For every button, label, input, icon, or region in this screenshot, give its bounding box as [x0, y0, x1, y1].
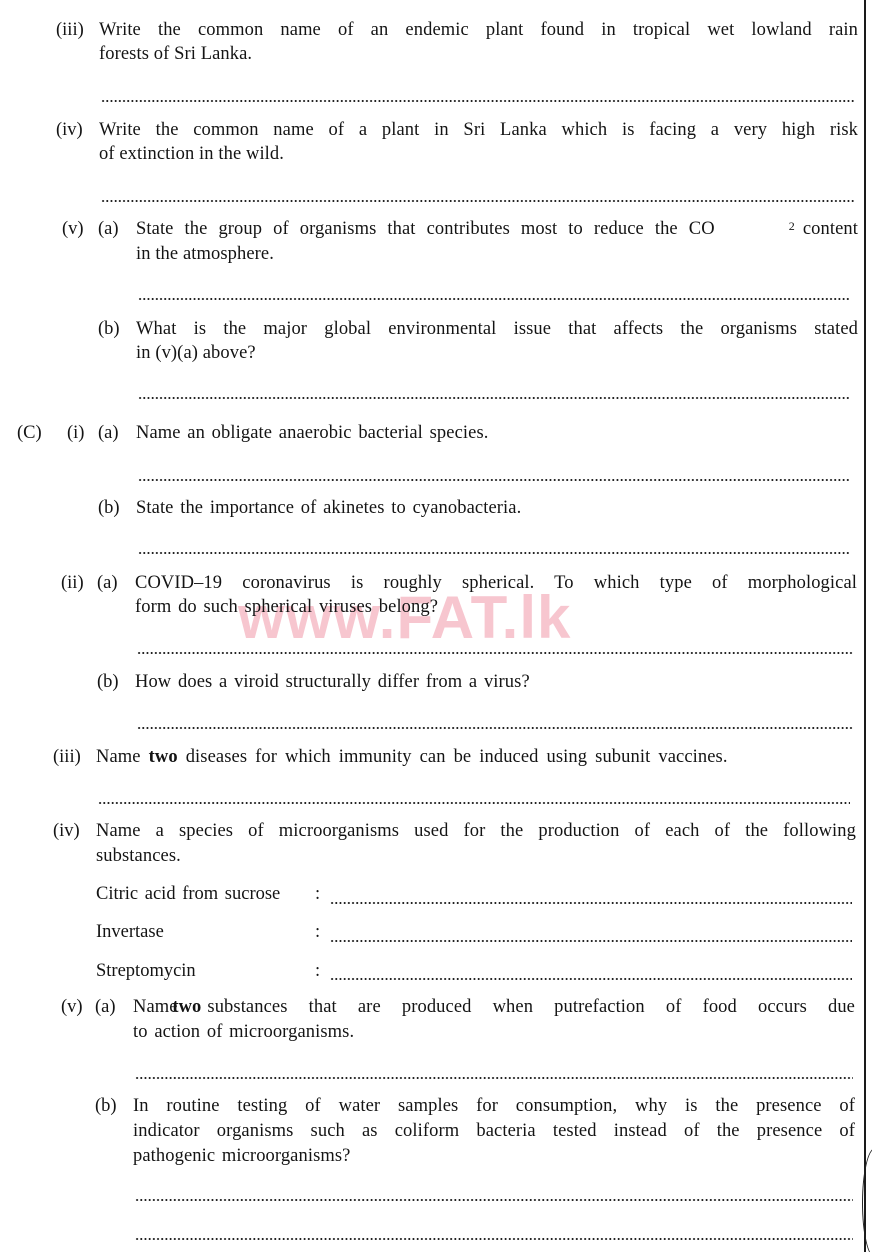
- question-sublabel: (a): [95, 997, 116, 1018]
- colon: :: [315, 961, 320, 982]
- question-sublabel: (b): [98, 319, 120, 340]
- answer-line[interactable]: [137, 652, 853, 654]
- question-sublabel: (a): [97, 573, 118, 594]
- question-label: (ii): [61, 573, 84, 594]
- question-label: (iv): [56, 120, 83, 141]
- answer-line[interactable]: [138, 397, 850, 399]
- question-sublabel: (b): [95, 1096, 117, 1117]
- answer-line[interactable]: [101, 100, 854, 102]
- exam-page: www.FAT.lk (iii) Write the common name o…: [0, 0, 872, 1252]
- colon: :: [315, 884, 320, 905]
- answer-line[interactable]: [330, 978, 852, 980]
- question-label: (i): [67, 423, 84, 444]
- answer-line[interactable]: [138, 479, 850, 481]
- answer-line[interactable]: [135, 1077, 853, 1079]
- answer-line[interactable]: [138, 298, 850, 300]
- question-text-line: substances.: [96, 846, 181, 867]
- question-text-line: Name two diseases for which immunity can…: [96, 747, 728, 768]
- question-text-line: Write the common name of a plant in Sri …: [99, 120, 858, 141]
- question-text-line: pathogenic microorganisms?: [133, 1146, 350, 1167]
- question-text-line: Write the common name of an endemic plan…: [99, 20, 858, 41]
- section-label: (C): [17, 423, 42, 444]
- question-text-line: Name two substances that are produced wh…: [133, 997, 855, 1018]
- question-text-line: forests of Sri Lanka.: [99, 44, 252, 65]
- question-text: substances that are produced when putref…: [201, 997, 855, 1018]
- question-text: State the group of organisms that contri…: [136, 219, 715, 240]
- question-label: (iv): [53, 821, 80, 842]
- question-label: (v): [62, 219, 84, 240]
- emphasis-two: two: [172, 997, 201, 1018]
- question-text-line: COVID–19 coronavirus is roughly spherica…: [135, 573, 857, 594]
- substance-name: Invertase: [96, 922, 164, 943]
- subscript-2: 2: [789, 219, 795, 240]
- question-sublabel: (a): [98, 423, 119, 444]
- question-text-line: Name an obligate anaerobic bacterial spe…: [136, 423, 488, 444]
- question-text-line: form do such spherical viruses belong?: [135, 597, 438, 618]
- answer-line[interactable]: [135, 1199, 853, 1201]
- question-sublabel: (b): [98, 498, 120, 519]
- question-label: (v): [61, 997, 83, 1018]
- question-text: diseases for which immunity can be induc…: [178, 747, 728, 767]
- colon: :: [315, 922, 320, 943]
- question-text-line: How does a viroid structurally differ fr…: [135, 672, 530, 693]
- question-text-line: Name a species of microorganisms used fo…: [96, 821, 856, 842]
- answer-line[interactable]: [330, 902, 852, 904]
- question-text-line: in the atmosphere.: [136, 244, 274, 265]
- question-text-line: State the group of organisms that contri…: [136, 219, 858, 240]
- answer-line[interactable]: [98, 802, 850, 804]
- answer-line[interactable]: [101, 200, 854, 202]
- question-text-line: What is the major global environmental i…: [136, 319, 858, 340]
- answer-line[interactable]: [137, 727, 853, 729]
- question-sublabel: (a): [98, 219, 119, 240]
- question-label: (iii): [56, 20, 84, 41]
- answer-line[interactable]: [138, 552, 850, 554]
- answer-line[interactable]: [330, 940, 852, 942]
- question-text-line: in (v)(a) above?: [136, 343, 256, 364]
- question-text-line: to action of microorganisms.: [133, 1022, 354, 1043]
- question-sublabel: (b): [97, 672, 119, 693]
- question-text: content: [803, 219, 858, 240]
- question-text-line: State the importance of akinetes to cyan…: [136, 498, 521, 519]
- substance-name: Streptomycin: [96, 961, 196, 982]
- question-text: Name: [96, 747, 149, 767]
- answer-line[interactable]: [135, 1238, 853, 1240]
- emphasis-two: two: [149, 747, 178, 767]
- question-text-line: of extinction in the wild.: [99, 144, 284, 165]
- substance-name: Citric acid from sucrose: [96, 884, 280, 905]
- question-text-line: In routine testing of water samples for …: [133, 1096, 855, 1117]
- question-text-line: indicator organisms such as coliform bac…: [133, 1121, 855, 1142]
- question-label: (iii): [53, 747, 81, 768]
